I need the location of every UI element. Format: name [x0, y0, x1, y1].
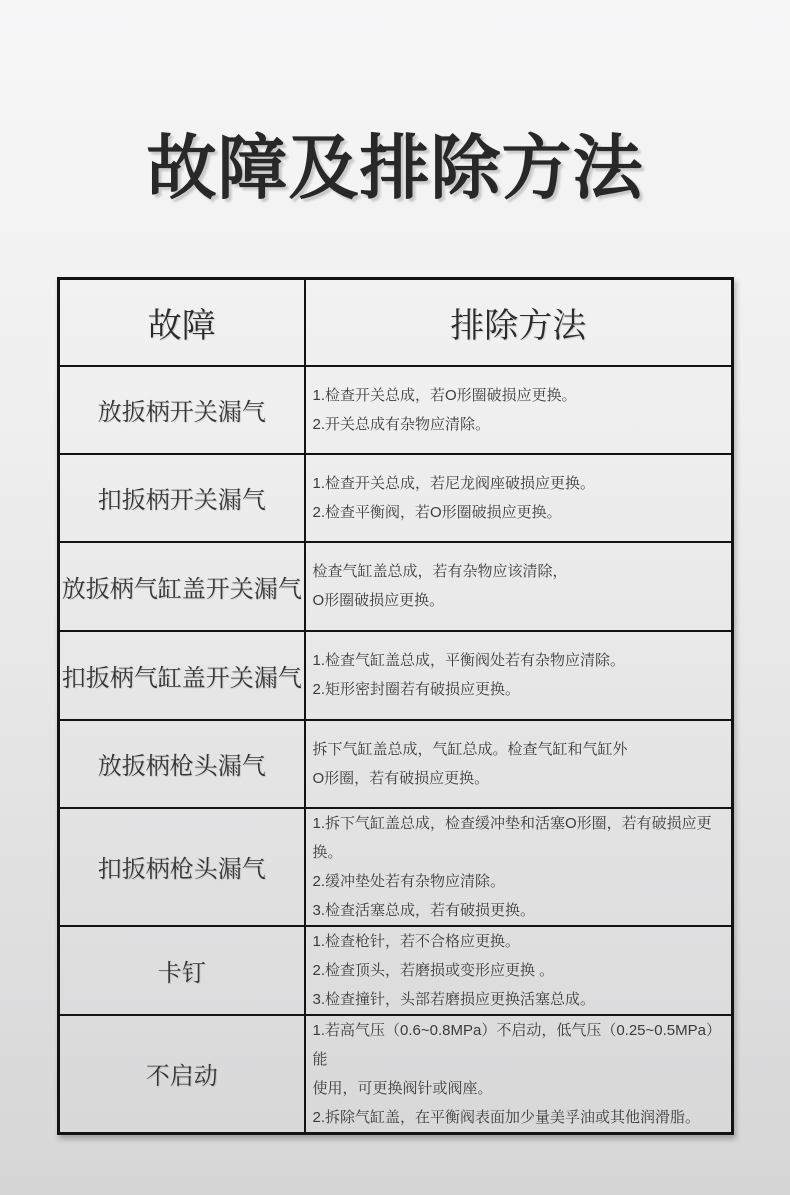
fault-cell: 扣扳柄气缸盖开关漏气: [59, 631, 305, 720]
table-row: 扣扳柄气缸盖开关漏气 1.检查气缸盖总成，平衡阀处若有杂物应清除。 2.矩形密封…: [59, 631, 733, 720]
method-cell: 1.拆下气缸盖总成，检查缓冲垫和活塞O形圈，若有破损应更换。 2.缓冲垫处若有杂…: [305, 808, 733, 926]
table-header-method: 排除方法: [305, 279, 733, 366]
fault-cell: 卡钉: [59, 926, 305, 1015]
fault-cell: 放扳柄开关漏气: [59, 366, 305, 454]
method-cell: 1.检查枪针，若不合格应更换。 2.检查顶头，若磨损或变形应更换 。 3.检查撞…: [305, 926, 733, 1015]
table-header-fault: 故障: [59, 279, 305, 366]
fault-cell: 扣扳柄枪头漏气: [59, 808, 305, 926]
table-row: 放扳柄枪头漏气 拆下气缸盖总成，气缸总成。检查气缸和气缸外 O形圈，若有破损应更…: [59, 720, 733, 808]
fault-cell: 不启动: [59, 1015, 305, 1134]
page-title: 故障及排除方法: [0, 112, 790, 213]
method-cell: 拆下气缸盖总成，气缸总成。检查气缸和气缸外 O形圈，若有破损应更换。: [305, 720, 733, 808]
table-row: 扣扳柄开关漏气 1.检查开关总成，若尼龙阀座破损应更换。 2.检查平衡阀，若O形…: [59, 454, 733, 542]
fault-cell: 放扳柄气缸盖开关漏气: [59, 542, 305, 631]
manual-page: 故障及排除方法 故障 排除方法 放扳柄开关漏气 1.检查开关总成，若O形圈破损应…: [0, 0, 790, 1195]
method-cell: 1.检查开关总成，若O形圈破损应更换。 2.开关总成有杂物应清除。: [305, 366, 733, 454]
fault-troubleshooting-table: 故障 排除方法 放扳柄开关漏气 1.检查开关总成，若O形圈破损应更换。 2.开关…: [57, 277, 734, 1135]
fault-cell: 扣扳柄开关漏气: [59, 454, 305, 542]
method-cell: 1.若高气压（0.6~0.8MPa）不启动，低气压（0.25~0.5MPa）能 …: [305, 1015, 733, 1134]
table-row: 放扳柄气缸盖开关漏气 检查气缸盖总成，若有杂物应该清除， O形圈破损应更换。: [59, 542, 733, 631]
fault-cell: 放扳柄枪头漏气: [59, 720, 305, 808]
method-cell: 检查气缸盖总成，若有杂物应该清除， O形圈破损应更换。: [305, 542, 733, 631]
method-cell: 1.检查开关总成，若尼龙阀座破损应更换。 2.检查平衡阀，若O形圈破损应更换。: [305, 454, 733, 542]
table-row: 卡钉 1.检查枪针，若不合格应更换。 2.检查顶头，若磨损或变形应更换 。 3.…: [59, 926, 733, 1015]
table-row: 放扳柄开关漏气 1.检查开关总成，若O形圈破损应更换。 2.开关总成有杂物应清除…: [59, 366, 733, 454]
method-cell: 1.检查气缸盖总成，平衡阀处若有杂物应清除。 2.矩形密封圈若有破损应更换。: [305, 631, 733, 720]
table-header-row: 故障 排除方法: [59, 279, 733, 366]
table-row: 扣扳柄枪头漏气 1.拆下气缸盖总成，检查缓冲垫和活塞O形圈，若有破损应更换。 2…: [59, 808, 733, 926]
table-row: 不启动 1.若高气压（0.6~0.8MPa）不启动，低气压（0.25~0.5MP…: [59, 1015, 733, 1134]
